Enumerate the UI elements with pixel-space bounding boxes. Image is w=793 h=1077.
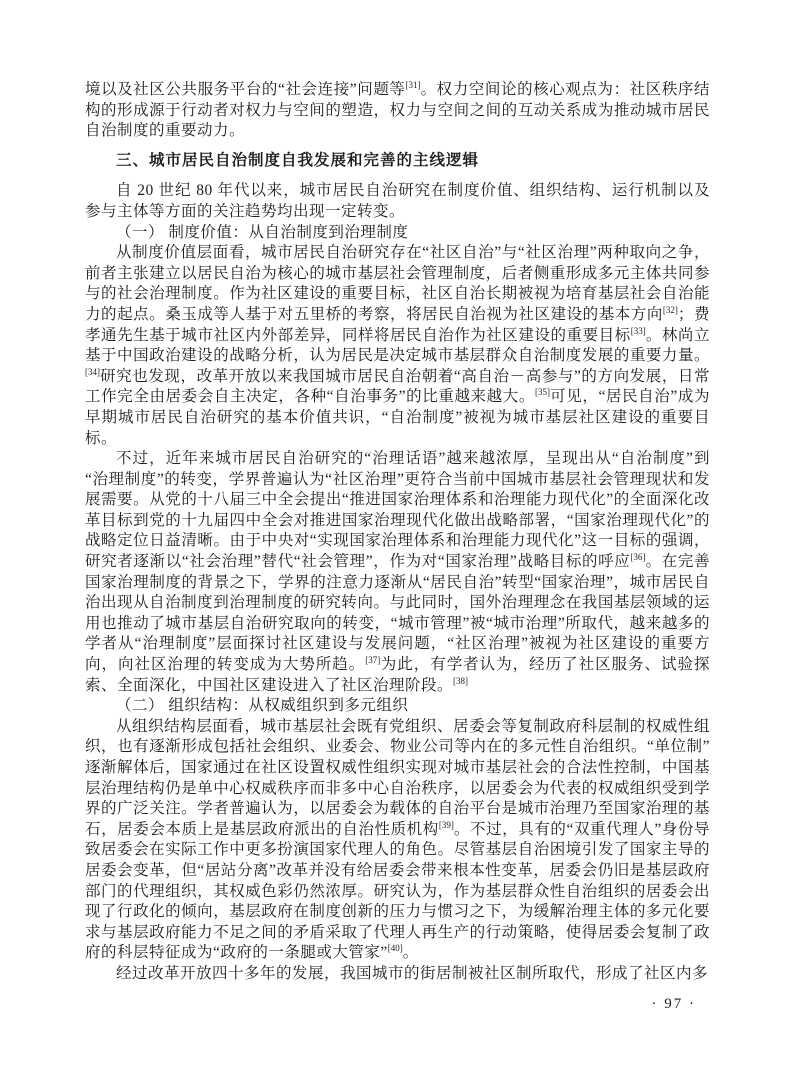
text-run: 境以及社区公共服务平台的“社会连接”问题等 bbox=[85, 81, 406, 98]
footnote-ref-32: [32] bbox=[663, 305, 678, 315]
paragraph-overview: 自 20 世纪 80 年代以来，城市居民自治研究在制度价值、组织结构、运行机制以… bbox=[85, 181, 710, 222]
footnote-ref-31: [31] bbox=[406, 80, 421, 90]
footnote-ref-34: [34] bbox=[85, 367, 100, 377]
page-number: · 97 · bbox=[85, 996, 710, 1013]
text-run: 。 bbox=[403, 944, 419, 961]
text-run: 。不过，具有的“双重代理人”身份导致居委会在实际工作中更多扮演国家代理人的角色。… bbox=[85, 821, 710, 962]
footnote-ref-36: [36] bbox=[630, 552, 645, 562]
paragraph-institutional-value-2: 不过，近年来城市居民自治研究的“治理话语”越来越浓厚，呈现出从“自治制度”到“治… bbox=[85, 449, 710, 696]
text-run: 从制度价值层面看，城市居民自治研究存在“社区自治”与“社区治理”两种取向之争，前… bbox=[85, 244, 710, 323]
footnote-ref-39: [39] bbox=[439, 820, 454, 830]
paragraph-closing: 经过改革开放四十多年的发展，我国城市的街居制被社区制所取代，形成了社区内多 bbox=[85, 964, 710, 985]
subsection-heading-1: （一） 制度价值：从自治制度到治理制度 bbox=[85, 223, 710, 244]
text-run: 不过，近年来城市居民自治研究的“治理话语”越来越浓厚，呈现出从“自治制度”到“治… bbox=[85, 450, 710, 570]
paragraph-organization: 从组织结构层面看，城市基层社会既有党组织、居委会等复制政府科层制的权威性组织，也… bbox=[85, 717, 710, 964]
subsection-heading-2: （二） 组织结构：从权威组织到多元组织 bbox=[85, 696, 710, 717]
paragraph-institutional-value-1: 从制度价值层面看，城市居民自治研究存在“社区自治”与“社区治理”两种取向之争，前… bbox=[85, 243, 710, 449]
footnote-ref-38: [38] bbox=[453, 675, 468, 685]
footnote-ref-35: [35] bbox=[535, 387, 550, 397]
paragraph-continuation: 境以及社区公共服务平台的“社会连接”问题等[31]。权力空间论的核心观点为：社区… bbox=[85, 80, 710, 142]
section-heading: 三、城市居民自治制度自我发展和完善的主线逻辑 bbox=[85, 151, 710, 172]
footnote-ref-37: [37] bbox=[365, 655, 380, 665]
footnote-ref-40: [40] bbox=[388, 943, 403, 953]
footnote-ref-33: [33] bbox=[631, 325, 646, 335]
document-page: 境以及社区公共服务平台的“社会连接”问题等[31]。权力空间论的核心观点为：社区… bbox=[0, 0, 793, 1077]
text-run: 从组织结构层面看，城市基层社会既有党组织、居委会等复制政府科层制的权威性组织，也… bbox=[85, 718, 710, 838]
